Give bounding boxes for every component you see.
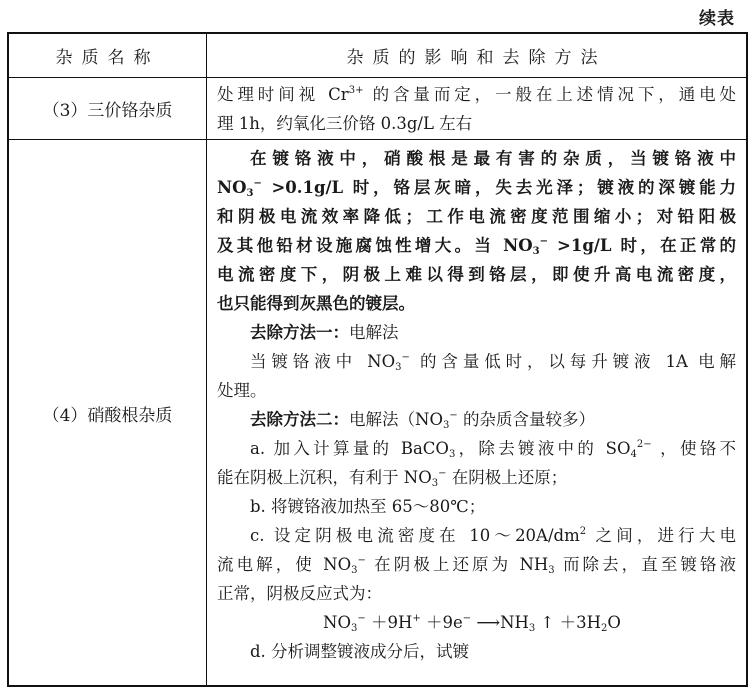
desc-line: 电流密度下，阴极上难以得到铬层，即使升高电流密度， xyxy=(217,260,736,289)
step-c-line: c. 设定阴极电流密度在 10～20A/dm2 之间，进行大电 xyxy=(217,521,736,550)
step-d-line: d. 分析调整镀液成分后，试镀 xyxy=(217,637,736,666)
table-row-trivalent-chromium: （3）三价铬杂质 处理时间视 Cr3+ 的含量而定，一般在上述情况下，通电处 理… xyxy=(9,78,746,140)
table-row-nitrate: （4）硝酸根杂质 在镀铬液中，硝酸根是最有害的杂质，当镀铬液中 NO3− >0.… xyxy=(9,140,746,687)
desc-line: 能在阴极上沉积，有利于 NO3− 在阴极上还原； xyxy=(217,463,736,492)
reaction-arrow-icon: ⟶ xyxy=(471,613,500,632)
desc-line: 处理。 xyxy=(217,376,736,405)
desc-line: 及其他铅材设施腐蚀性增大。当 NO3− >1g/L 时，在正常的 xyxy=(217,231,736,260)
impurity-description-cell: 在镀铬液中，硝酸根是最有害的杂质，当镀铬液中 NO3− >0.1g/L 时，铬层… xyxy=(207,140,746,687)
impurity-name-cell: （4）硝酸根杂质 xyxy=(9,140,207,687)
step-a-line: a. 加入计算量的 BaCO3，除去镀液中的 SO42− ，使铬不 xyxy=(217,434,736,463)
cathode-reaction-equation: NO3− ＋9H+ ＋9e− ⟶NH3 ↑ ＋3H2O xyxy=(217,608,736,637)
desc-line: 在镀铬液中，硝酸根是最有害的杂质，当镀铬液中 xyxy=(217,144,736,173)
desc-line: 也只能得到灰黑色的镀层。 xyxy=(217,289,736,318)
impurity-description-cell: 处理时间视 Cr3+ 的含量而定，一般在上述情况下，通电处 理 1h，约氧化三价… xyxy=(207,78,746,139)
desc-line: 理 1h，约氧化三价铬 0.3g/L 左右 xyxy=(217,109,736,138)
header-impact-and-removal: 杂质的影响和去除方法 xyxy=(207,34,746,77)
gas-up-arrow-icon: ↑ xyxy=(535,613,559,632)
desc-line: 正常，阴极反应式为： xyxy=(217,579,736,608)
desc-line: 流电解，使 NO3− 在阴极上还原为 NH3 而除去，直至镀铬液 xyxy=(217,550,736,579)
impurity-table: 杂质名称 杂质的影响和去除方法 （3）三价铬杂质 处理时间视 Cr3+ 的含量而… xyxy=(7,32,748,687)
header-impurity-name: 杂质名称 xyxy=(9,34,207,77)
desc-line: NO3− >0.1g/L 时，铬层灰暗，失去光泽；镀液的深镀能力 xyxy=(217,173,736,202)
desc-line: 和阴极电流效率降低；工作电流密度范围缩小；对铅阳极 xyxy=(217,202,736,231)
desc-line: 处理时间视 Cr3+ 的含量而定，一般在上述情况下，通电处 xyxy=(217,80,736,109)
step-b-line: b. 将镀铬液加热至 65～80℃； xyxy=(217,492,736,521)
table-caption-continued: 续表 xyxy=(699,4,735,29)
removal-method-1-heading: 去除方法一：电解法 xyxy=(217,318,736,347)
table-header-row: 杂质名称 杂质的影响和去除方法 xyxy=(9,34,746,78)
desc-line: 当镀铬液中 NO3− 的含量低时，以每升镀液 1A 电解 xyxy=(217,347,736,376)
impurity-name-cell: （3）三价铬杂质 xyxy=(9,78,207,139)
removal-method-2-heading: 去除方法二：电解法（NO3− 的杂质含量较多） xyxy=(217,405,736,434)
